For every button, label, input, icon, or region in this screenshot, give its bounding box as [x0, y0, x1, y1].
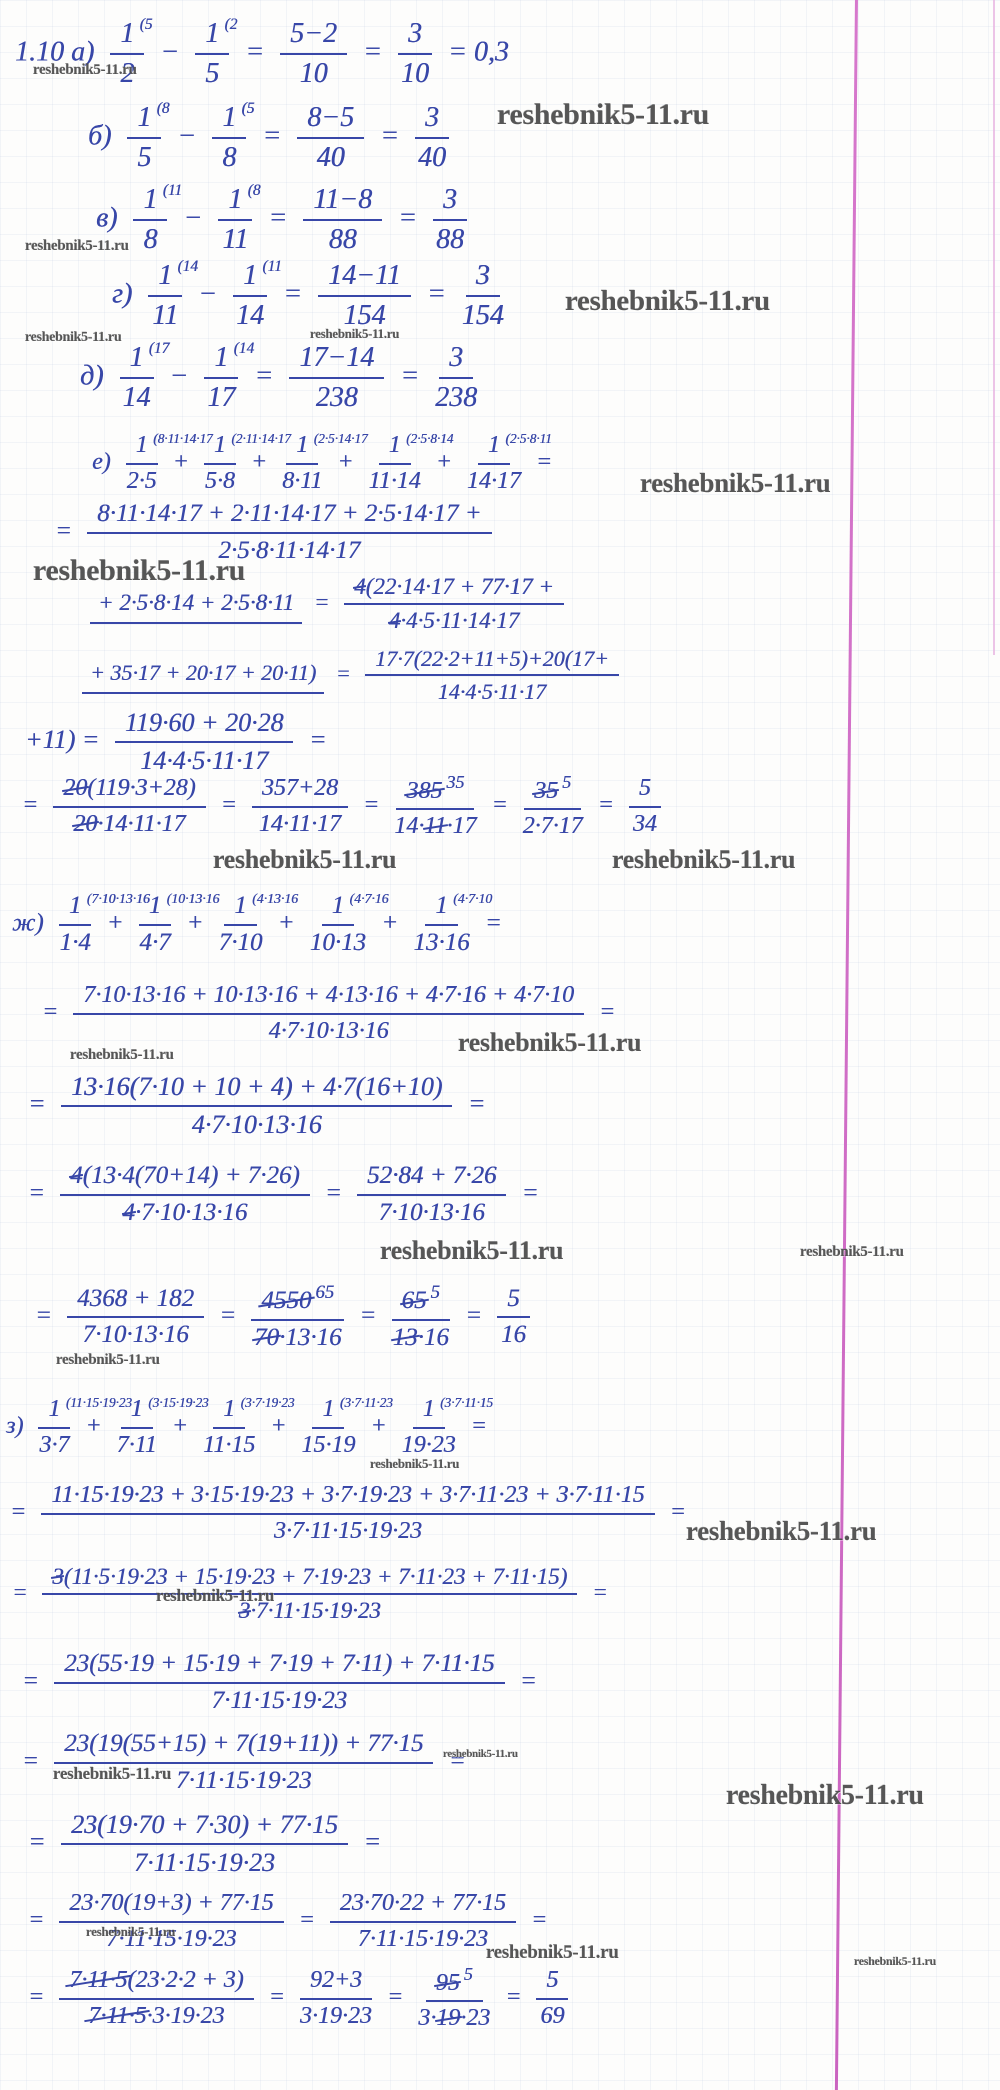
margin-line [835, 0, 858, 2090]
watermark: reshebnik5-11.ru [370, 1456, 459, 1472]
line-e-cont2: + 35·17 + 20·17 + 20·11) = 17·7(22·2+11+… [82, 646, 628, 705]
line-zh-frac3: = 4(13·4(70+14) + 7·26)4·7·10·13·16 = 52… [28, 1162, 539, 1228]
watermark: reshebnik5-11.ru [686, 1516, 877, 1547]
watermark: reshebnik5-11.ru [213, 845, 396, 875]
watermark: reshebnik5-11.ru [380, 1236, 563, 1266]
watermark: reshebnik5-11.ru [156, 1586, 274, 1606]
line-z-frac6: = 23·70(19+3) + 77·157·11·15·19·23 = 23·… [28, 1890, 547, 1953]
watermark: reshebnik5-11.ru [497, 98, 709, 132]
line-zh: ж) 1(7·10·13·161·4 + 1(10·13·164·7 + 1(4… [12, 892, 502, 958]
line-g: г) 1(1411 − 1(1114 = 14−11154 = 3154 [112, 260, 513, 332]
line-zh-frac2: = 13·16(7·10 + 10 + 4) + 4·7(16+10)4·7·1… [28, 1072, 485, 1140]
watermark: reshebnik5-11.ru [726, 1780, 924, 1812]
watermark: reshebnik5-11.ru [854, 1954, 936, 1969]
watermark: reshebnik5-11.ru [486, 1942, 619, 1964]
line-b: б) 1(85 − 1(58 = 8−540 = 340 [88, 102, 458, 174]
watermark: reshebnik5-11.ru [612, 845, 795, 875]
watermark: reshebnik5-11.ru [33, 62, 137, 79]
line-e-result: = 20(119·3+28)20·14·11·17 = 357+2814·11·… [22, 772, 670, 841]
watermark: reshebnik5-11.ru [640, 468, 831, 499]
edge-margin-line [993, 0, 995, 655]
line-v: в) 1(118 − 1(811 = 11−888 = 388 [96, 184, 476, 256]
line-z-frac3: = 23(55·19 + 15·19 + 7·19 + 7·11) + 7·11… [22, 1650, 537, 1716]
watermark: reshebnik5-11.ru [25, 238, 129, 255]
line-zh-result: = 4368 + 1827·10·13·16 = 45506570·13·16 … [35, 1282, 539, 1353]
watermark: reshebnik5-11.ru [53, 1764, 171, 1784]
line-a: 1.10 а) 1(52 − 1(25 = 5−210 = 310 = 0,3 [15, 18, 509, 90]
watermark: reshebnik5-11.ru [443, 1748, 518, 1760]
line-z-frac4: = 23(19(55+15) + 7(19+11)) + 77·157·11·1… [22, 1730, 466, 1796]
line-d: д) 1(1714 − 1(1417 = 17−14238 = 3238 [80, 342, 486, 414]
line-z: з) 1(11·15·19·233·7 + 1(3·15·19·237·11 +… [6, 1396, 487, 1459]
watermark: reshebnik5-11.ru [310, 326, 399, 342]
line-e-cont3: +11) = 119·60 + 20·2814·4·5·11·17 = [25, 708, 327, 776]
watermark: reshebnik5-11.ru [458, 1028, 641, 1058]
line-e: е) 1(8·11·14·172·5 + 1(2·11·14·175·8 + 1… [92, 432, 552, 495]
line-z-frac1: = 11·15·19·23 + 3·15·19·23 + 3·7·19·23 +… [10, 1482, 686, 1545]
watermark: reshebnik5-11.ru [70, 1047, 174, 1064]
line-z-result: = 7·11·5(23·2·2 + 3)7·11·5·3·19·23 = 92+… [28, 1964, 577, 2033]
notebook-page: 1.10 а) 1(52 − 1(25 = 5−210 = 310 = 0,3 … [0, 0, 1000, 2090]
watermark: reshebnik5-11.ru [56, 1352, 160, 1369]
line-z-frac5: = 23(19·70 + 7·30) + 77·157·11·15·19·23 … [28, 1810, 381, 1878]
watermark: reshebnik5-11.ru [33, 554, 245, 588]
watermark: reshebnik5-11.ru [565, 285, 770, 318]
watermark: reshebnik5-11.ru [800, 1244, 904, 1261]
line-z-frac2: = 3(11·5·19·23 + 15·19·23 + 7·19·23 + 7·… [12, 1564, 608, 1625]
watermark: reshebnik5-11.ru [86, 1924, 175, 1940]
watermark: reshebnik5-11.ru [25, 330, 121, 346]
